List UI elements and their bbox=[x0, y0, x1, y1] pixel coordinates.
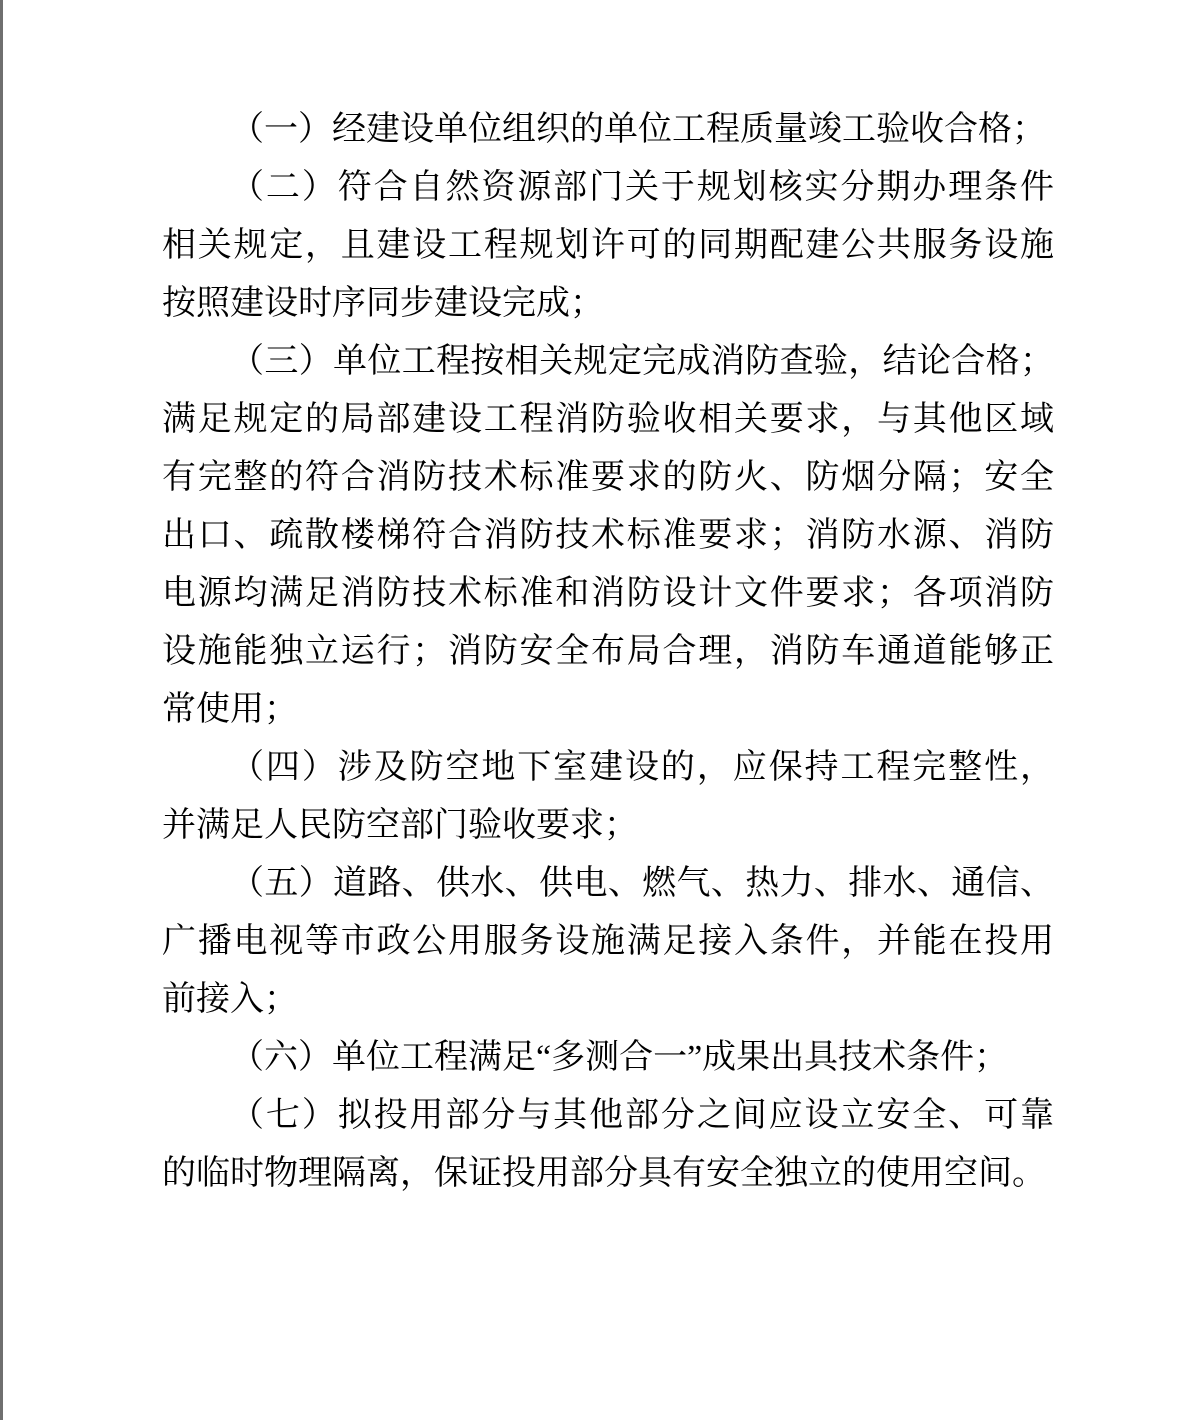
document-line: （五）道路、供水、供电、燃气、热力、排水、通信、 bbox=[162, 855, 1054, 913]
document-line: （四）涉及防空地下室建设的，应保持工程完整性， bbox=[162, 739, 1054, 797]
document-line: 设施能独立运行；消防安全布局合理，消防车通道能够正 bbox=[162, 623, 1054, 681]
document-line: 满足规定的局部建设工程消防验收相关要求，与其他区域 bbox=[162, 391, 1054, 449]
document-line: 的临时物理隔离，保证投用部分具有安全独立的使用空间。 bbox=[162, 1145, 1054, 1203]
page-left-edge-line bbox=[0, 0, 3, 1420]
document-line: 并满足人民防空部门验收要求； bbox=[162, 797, 1054, 855]
document-page: （一）经建设单位组织的单位工程质量竣工验收合格；（二）符合自然资源部门关于规划核… bbox=[0, 0, 1190, 1420]
document-line: 常使用； bbox=[162, 681, 1054, 739]
document-line: （一）经建设单位组织的单位工程质量竣工验收合格； bbox=[162, 101, 1054, 159]
document-line: 按照建设时序同步建设完成； bbox=[162, 275, 1054, 333]
document-line: （七）拟投用部分与其他部分之间应设立安全、可靠 bbox=[162, 1087, 1054, 1145]
document-line: 相关规定，且建设工程规划许可的同期配建公共服务设施 bbox=[162, 217, 1054, 275]
document-line: 有完整的符合消防技术标准要求的防火、防烟分隔；安全 bbox=[162, 449, 1054, 507]
document-line: （六）单位工程满足“多测合一”成果出具技术条件； bbox=[162, 1029, 1054, 1087]
document-line: 出口、疏散楼梯符合消防技术标准要求；消防水源、消防 bbox=[162, 507, 1054, 565]
document-line: （二）符合自然资源部门关于规划核实分期办理条件 bbox=[162, 159, 1054, 217]
document-line: （三）单位工程按相关规定完成消防查验，结论合格； bbox=[162, 333, 1054, 391]
document-line: 电源均满足消防技术标准和消防设计文件要求；各项消防 bbox=[162, 565, 1054, 623]
document-line: 前接入； bbox=[162, 971, 1054, 1029]
document-line: 广播电视等市政公用服务设施满足接入条件，并能在投用 bbox=[162, 913, 1054, 971]
document-body: （一）经建设单位组织的单位工程质量竣工验收合格；（二）符合自然资源部门关于规划核… bbox=[162, 101, 1054, 1203]
